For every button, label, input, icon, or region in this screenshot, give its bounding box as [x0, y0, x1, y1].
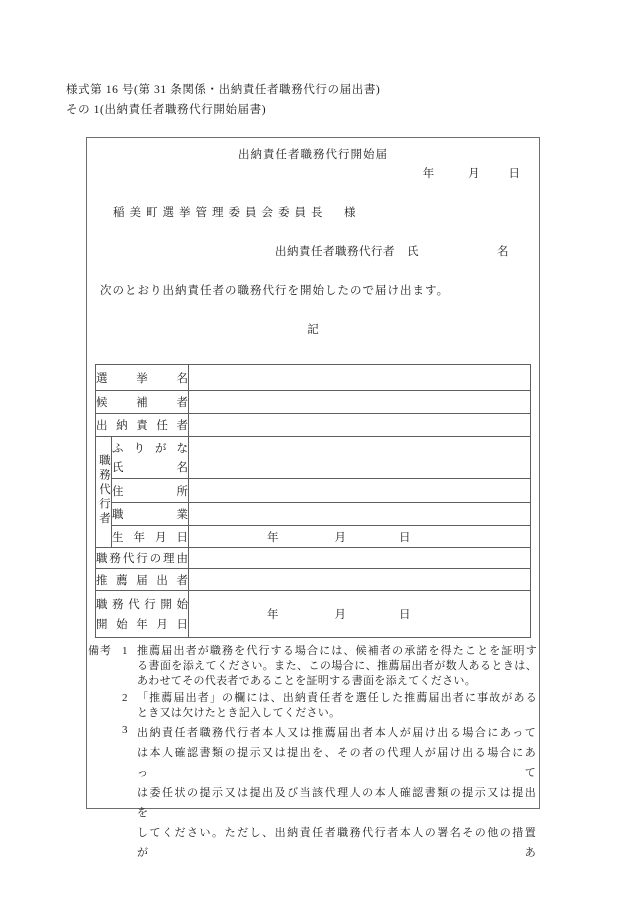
deputy-group-label-cell: 職務代行者 [96, 437, 112, 548]
furigana-name-value-cell [189, 437, 531, 479]
table-row: 職業 [96, 503, 531, 526]
note-line: とき又は欠けたとき記入してください。 [137, 706, 537, 721]
address-label-cell: 住所 [112, 479, 189, 503]
declarant-name-prefix: 出納責任者職務代行者 氏 [275, 243, 419, 259]
note-number: 1 [122, 644, 128, 659]
note-line: してください。ただし、出納責任者職務代行者本人の署名その他の措置があ [137, 823, 537, 863]
details-table: 選挙名 候補者 出納責任者 職務代行者 ふりがな 氏名 [95, 364, 531, 638]
month-label: 月 [468, 168, 480, 180]
note-line: は委任状の提示又は提出及び当該代理人の本人確認書類の提示又は提出を [137, 783, 537, 823]
note-item-2: 2 「推薦届出者」の欄には、出納責任者を選任した推薦届出者に事故がある とき又は… [88, 691, 537, 721]
table-row: 住所 [96, 479, 531, 503]
treasurer-label-cell: 出納責任者 [96, 414, 189, 437]
candidate-label-cell: 候補者 [96, 391, 189, 414]
month-label: 月 [335, 529, 347, 545]
form-id-block: 様式第 16 号(第 31 条関係・出納責任者職務代行の届出書) その 1(出納… [66, 80, 380, 120]
recommender-value-cell [189, 569, 531, 591]
opening-sentence: 次のとおり出納責任者の職務代行を開始したので届け出ます。 [100, 282, 449, 298]
table-row: 選挙名 [96, 365, 531, 391]
occupation-value-cell [189, 503, 531, 526]
table-row: 生年月日 年 月 日 [96, 526, 531, 548]
record-mark: 記 [87, 321, 539, 337]
candidate-value-cell [189, 391, 531, 414]
reason-value-cell [189, 548, 531, 569]
note-item-3: 3 出納責任者職務代行者本人又は推薦届出者本人が届け出る場合にあって は本人確認… [88, 723, 537, 863]
declarant-name-suffix: 名 [497, 243, 509, 259]
year-label: 年 [267, 606, 279, 622]
note-item-1: 1 推薦届出者が職務を代行する場合には、候補者の承諾を得たことを証明す る書面を… [88, 644, 537, 689]
note-number: 2 [122, 691, 128, 706]
occupation-label-cell: 職業 [112, 503, 189, 526]
recommender-label-cell: 推薦届出者 [96, 569, 189, 591]
start-date-label-cell: 職務代行開始 開始年月日 [96, 591, 189, 638]
document-page: 様式第 16 号(第 31 条関係・出納責任者職務代行の届出書) その 1(出納… [0, 0, 630, 903]
addressee-line: 稲美町選挙管理委員会委員長 様 [113, 204, 361, 220]
note-number: 3 [122, 723, 128, 738]
birth-date-label-cell: 生年月日 [112, 526, 189, 548]
treasurer-value-cell [189, 414, 531, 437]
note-line: 出納責任者職務代行者本人又は推薦届出者本人が届け出る場合にあって [137, 723, 537, 743]
election-name-value-cell [189, 365, 531, 391]
table-row: 出納責任者 [96, 414, 531, 437]
reason-label-cell: 職務代行の理由 [96, 548, 189, 569]
table-row: 推薦届出者 [96, 569, 531, 591]
table-row: 候補者 [96, 391, 531, 414]
notes-section: 備考 1 推薦届出者が職務を代行する場合には、候補者の承諾を得たことを証明す る… [88, 644, 537, 865]
note-line: 推薦届出者が職務を代行する場合には、候補者の承諾を得たことを証明す [137, 644, 537, 659]
note-line: る書面を添えてください。また、この場合に、推薦届出者が数人あるときは、 [137, 659, 537, 674]
form-box: 出納責任者職務代行開始届 年 月 日 稲美町選挙管理委員会委員長 様 出納責任者… [86, 137, 540, 809]
furigana-name-label-cell: ふりがな 氏名 [112, 437, 189, 479]
day-label: 日 [509, 168, 521, 180]
table-row: 職務代行者 ふりがな 氏名 [96, 437, 531, 479]
birth-date-value-cell: 年 月 日 [189, 526, 531, 548]
form-number-line: 様式第 16 号(第 31 条関係・出納責任者職務代行の届出書) [66, 80, 380, 100]
year-label: 年 [267, 529, 279, 545]
form-part-line: その 1(出納責任者職務代行開始届書) [66, 100, 380, 120]
address-value-cell [189, 479, 531, 503]
note-line: は本人確認書類の提示又は提出を、その者の代理人が届け出る場合にあって [137, 743, 537, 783]
declarant-line: 出納責任者職務代行者 氏 名 [275, 243, 509, 259]
table-row: 職務代行の理由 [96, 548, 531, 569]
day-label: 日 [399, 606, 411, 622]
day-label: 日 [399, 529, 411, 545]
month-label: 月 [335, 606, 347, 622]
table-row: 職務代行開始 開始年月日 年 月 日 [96, 591, 531, 638]
election-name-label-cell: 選挙名 [96, 365, 189, 391]
year-label: 年 [423, 168, 435, 180]
note-line: あわせてその代表者であることを証明する書面を添えてください。 [137, 674, 537, 689]
note-line: 「推薦届出者」の欄には、出納責任者を選任した推薦届出者に事故がある [137, 691, 537, 706]
start-date-value-cell: 年 月 日 [189, 591, 531, 638]
form-title: 出納責任者職務代行開始届 [87, 146, 539, 162]
submission-date-line: 年 月 日 [423, 165, 520, 181]
